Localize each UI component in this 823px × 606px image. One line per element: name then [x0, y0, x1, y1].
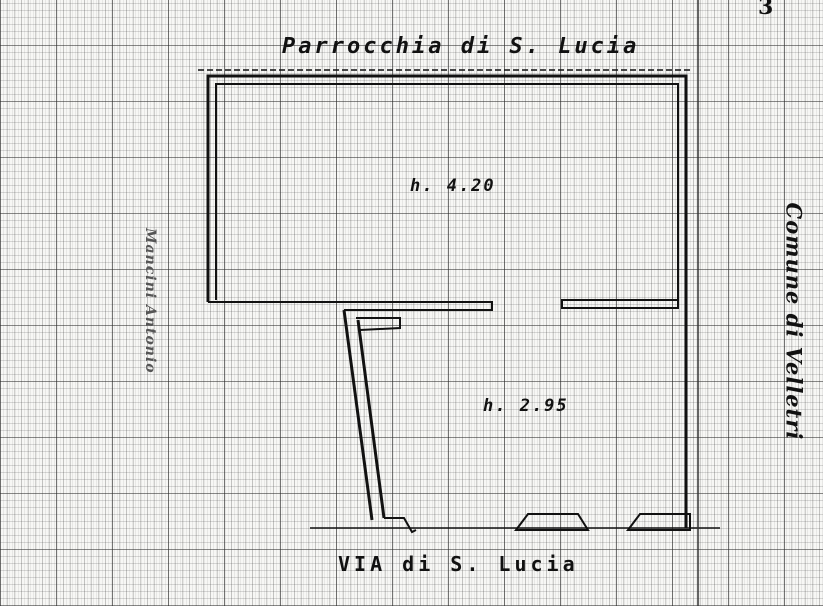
lower-room-height-label: h. 2.95: [483, 396, 569, 416]
north-boundary-label: Parrocchia di S. Lucia: [282, 34, 639, 59]
corner-mark: 3: [758, 0, 773, 20]
west-boundary-label: Mancini Antonio: [142, 228, 158, 368]
east-boundary-label: Comune di Velletri: [782, 203, 807, 403]
floor-plan-walls: [0, 0, 823, 606]
street-label: VIA di S. Lucia: [338, 552, 579, 576]
upper-room-height-label: h. 4.20: [410, 176, 496, 196]
